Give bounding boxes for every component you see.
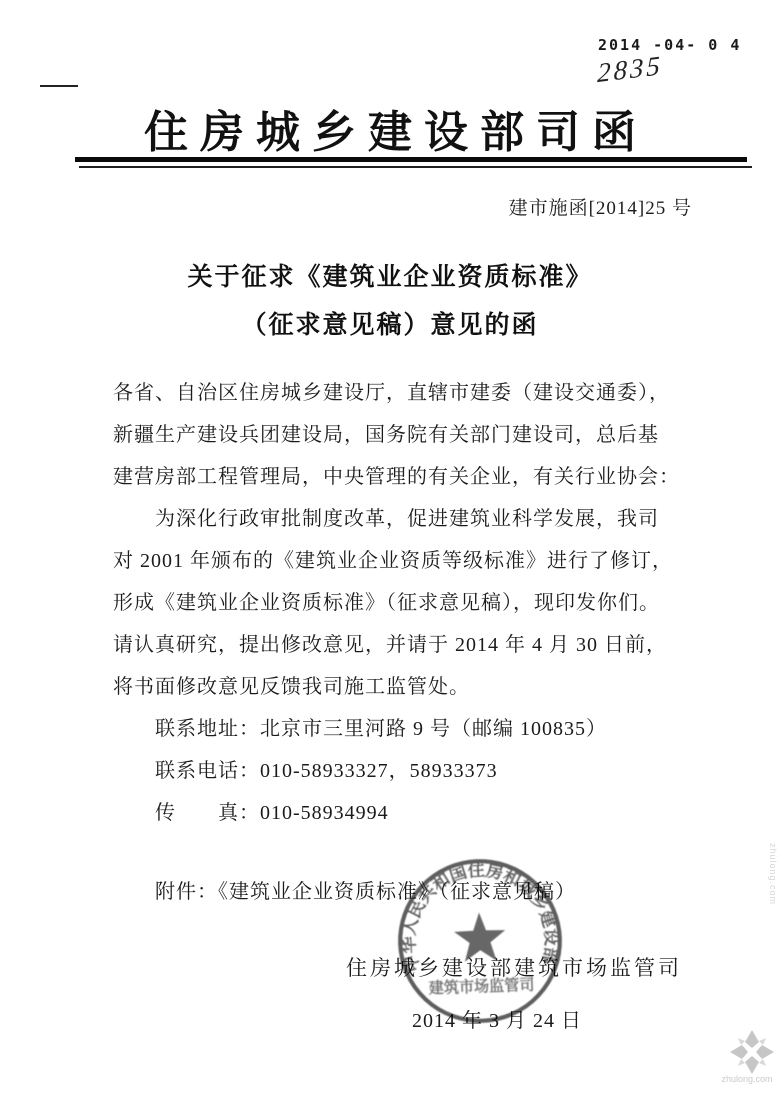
scan-artifact-line [40,85,78,87]
document-number: 建市施函[2014]25 号 [509,193,692,220]
letterhead-rule-thick [75,157,747,162]
body-line: 各省、自治区住房城乡建设厅，直辖市建委（建设交通委）， [113,372,673,414]
watermark-site-text: zhulong.com [714,1074,780,1084]
official-seal: 中华人民共和国住房和城乡建设部 建筑市场监管司 [393,854,567,1028]
body-line: 为深化行政审批制度改革，促进建筑业科学发展，我司 [113,498,673,540]
seal-bottom-text: 建筑市场监管司 [428,976,534,998]
body-line: 对 2001 年颁布的《建筑业企业资质等级标准》进行了修订， [113,540,673,582]
letter-body: 各省、自治区住房城乡建设厅，直辖市建委（建设交通委）， 新疆生产建设兵团建设局，… [113,372,673,834]
body-line: 建营房部工程管理局，中央管理的有关企业，有关行业协会： [113,456,673,498]
document-title: 关于征求《建筑业企业资质标准》 （征求意见稿）意见的函 [0,253,780,349]
document-title-line2: （征求意见稿）意见的函 [0,301,780,349]
contact-address-line: 联系地址：北京市三里河路 9 号（邮编 100835） [113,708,673,750]
body-line: 将书面修改意见反馈我司施工监管处。 [113,666,673,708]
body-line: 形成《建筑业企业资质标准》（征求意见稿），现印发你们。 [113,582,673,624]
letterhead-rule-thin [79,166,752,168]
watermark-logo-icon [728,1028,776,1076]
seal-star-icon [453,912,506,962]
letterhead-title: 住房城乡建设部司函 [0,96,780,160]
received-date-stamp: 2014 -04- 0 4 [598,36,741,54]
document-title-line1: 关于征求《建筑业企业资质标准》 [0,253,780,301]
handwritten-number: 2835 [597,50,663,89]
watermark-side-text: zhulong.com [768,843,778,905]
contact-fax-line: 传 真：010-58934994 [113,792,673,834]
body-line: 请认真研究，提出修改意见，并请于 2014 年 4 月 30 日前， [113,624,673,666]
body-line: 新疆生产建设兵团建设局，国务院有关部门建设司，总后基 [113,414,673,456]
contact-phone-line: 联系电话：010-58933327，58933373 [113,750,673,792]
document-page: 2014 -04- 0 4 2835 住房城乡建设部司函 建市施函[2014]2… [0,0,780,1106]
